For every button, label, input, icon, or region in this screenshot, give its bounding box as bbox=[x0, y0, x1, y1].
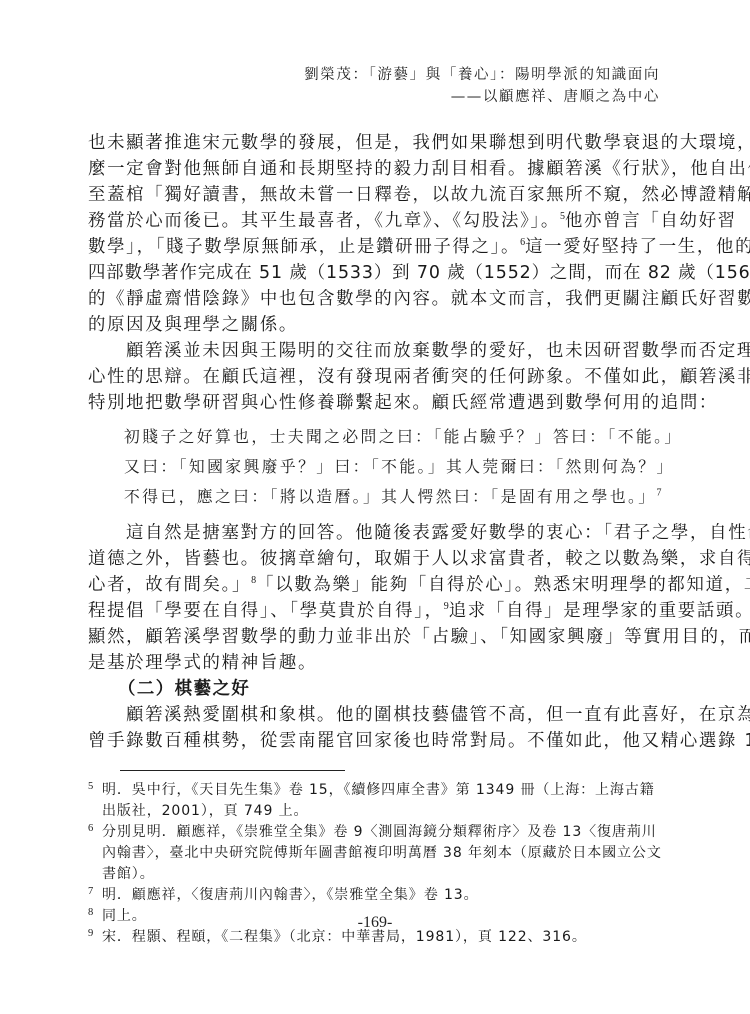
running-header-title: 劉榮茂：「游藝」與「養心」：陽明學派的知識面向 bbox=[304, 64, 660, 86]
block-quote: 初賤子之好算也，士夫聞之必問之曰：「能占驗乎？」答曰：「不能。」 又曰：「知國家… bbox=[124, 422, 662, 512]
footnote-number: 6 bbox=[88, 818, 94, 839]
footnote-text: 明．吳中行，《天目先生集》卷 15，《續修四庫全書》第 1349 冊（上海：上海… bbox=[102, 782, 655, 819]
text-line: 這自然是搪塞對方的回答。他隨後表露愛好數學的衷心：「君子之學，自性命 bbox=[88, 520, 662, 546]
text-line: 四部數學著作完成在 51 歲（1533）到 70 歲（1552）之間，而在 82… bbox=[88, 260, 662, 286]
text-line: 顧箬溪熱愛圍棋和象棋。他的圍棋技藝儘管不高，但一直有此喜好，在京為官時 bbox=[88, 702, 662, 728]
text-line: 至蓋棺「獨好讀書，無故未嘗一日釋卷，以故九流百家無所不窺，然必博證精解， bbox=[88, 182, 662, 208]
quote-line: 初賤子之好算也，士夫聞之必問之曰：「能占驗乎？」答曰：「不能。」 bbox=[124, 422, 662, 452]
paragraph-4: 顧箬溪熱愛圍棋和象棋。他的圍棋技藝儘管不高，但一直有此喜好，在京為官時 曾手錄數… bbox=[88, 702, 662, 754]
text-line: 顯然，顧箬溪學習數學的動力並非出於「占驗」、「知國家興廢」等實用目的，而 bbox=[88, 624, 662, 650]
text-line: 是基於理學式的精神旨趣。 bbox=[88, 650, 662, 676]
footnote-text: 分別見明．顧應祥，《崇雅堂全集》卷 9〈測圓海鏡分類釋術序〉及卷 13〈復唐荊川… bbox=[102, 824, 662, 882]
text-line: 的《靜虛齋惜陰錄》中也包含數學的內容。就本文而言，我們更關注顧氏好習數學 bbox=[88, 286, 662, 312]
text-line: 務當於心而後已。其平生最喜者，《九章》、《勾股法》」。5他亦曾言「自幼好習 bbox=[88, 208, 662, 234]
quote-line: 又曰：「知國家興廢乎？」曰：「不能。」其人莞爾曰：「然則何為？」 bbox=[124, 452, 662, 482]
quote-line: 不得已，應之曰：「將以造曆。」其人愕然曰：「是固有用之學也。」7 bbox=[124, 482, 662, 512]
text-line: 的原因及與理學之關係。 bbox=[88, 312, 662, 338]
text-line: 顧箬溪並未因與王陽明的交往而放棄數學的愛好，也未因研習數學而否定理氣 bbox=[88, 338, 662, 364]
text-line: 心者，故有間矣。」8「以數為樂」能夠「自得於心」。熟悉宋明理學的都知道，二 bbox=[88, 572, 662, 598]
paragraph-1: 也未顯著推進宋元數學的發展，但是，我們如果聯想到明代數學衰退的大環境，那 麼一定… bbox=[88, 130, 662, 338]
footnote-text: 明．顧應祥，〈復唐荊川內翰書〉，《崇雅堂全集》卷 13。 bbox=[102, 887, 478, 903]
footnote-7: 7 明．顧應祥，〈復唐荊川內翰書〉，《崇雅堂全集》卷 13。 bbox=[88, 885, 668, 906]
text-line: 麼一定會對他無師自通和長期堅持的毅力刮目相看。據顧箬溪《行狀》，他自出仕 bbox=[88, 156, 662, 182]
text-line: 心性的思辯。在顧氏這裡，沒有發現兩者衝突的任何跡象。不僅如此，顧箬溪非常 bbox=[88, 364, 662, 390]
page-number: -169- bbox=[0, 914, 750, 932]
footnote-number: 5 bbox=[88, 776, 94, 797]
section-heading: （二）棋藝之好 bbox=[88, 676, 662, 702]
body-text: 也未顯著推進宋元數學的發展，但是，我們如果聯想到明代數學衰退的大環境，那 麼一定… bbox=[88, 130, 662, 754]
text-line: 道德之外，皆藝也。彼摛章繪句，取媚于人以求富貴者，較之以數為樂，求自得於 bbox=[88, 546, 662, 572]
footnote-6: 6 分別見明．顧應祥，《崇雅堂全集》卷 9〈測圓海鏡分類釋術序〉及卷 13〈復唐… bbox=[88, 822, 668, 885]
text-line: 也未顯著推進宋元數學的發展，但是，我們如果聯想到明代數學衰退的大環境，那 bbox=[88, 130, 662, 156]
footnote-ref-7[interactable]: 7 bbox=[657, 488, 662, 499]
running-header-subtitle: ——以顧應祥、唐順之為中心 bbox=[304, 86, 660, 108]
footnote-number: 7 bbox=[88, 881, 94, 902]
running-header: 劉榮茂：「游藝」與「養心」：陽明學派的知識面向 ——以顧應祥、唐順之為中心 bbox=[304, 64, 660, 108]
text-line: 特別地把數學研習與心性修養聯繫起來。顧氏經常遭遇到數學何用的追問： bbox=[88, 390, 662, 416]
text-line: 數學」，「賤子數學原無師承，止是鑽研冊子得之」。6這一愛好堅持了一生，他的 bbox=[88, 234, 662, 260]
paragraph-3: 這自然是搪塞對方的回答。他隨後表露愛好數學的衷心：「君子之學，自性命 道德之外，… bbox=[88, 520, 662, 676]
paragraph-2: 顧箬溪並未因與王陽明的交往而放棄數學的愛好，也未因研習數學而否定理氣 心性的思辯… bbox=[88, 338, 662, 416]
text-line: 程提倡「學要在自得」、「學莫貴於自得」，9追求「自得」是理學家的重要話頭。 bbox=[88, 598, 662, 624]
text-line: 曾手錄數百種棋勢，從雲南罷官回家後也時常對局。不僅如此，他又精心選錄 180 餘 bbox=[88, 728, 662, 754]
footnote-separator bbox=[120, 770, 345, 771]
footnote-5: 5 明．吳中行，《天目先生集》卷 15，《續修四庫全書》第 1349 冊（上海：… bbox=[88, 780, 668, 822]
